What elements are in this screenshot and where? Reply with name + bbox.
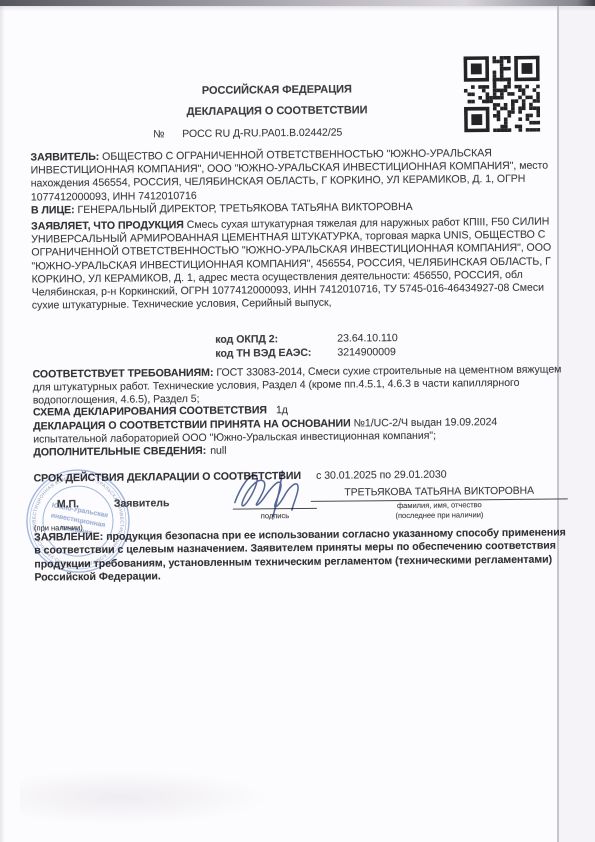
number-sign: № xyxy=(153,128,164,140)
scan-top-fade xyxy=(0,6,595,11)
scheme-value: 1д xyxy=(276,404,288,416)
declaration-number: РОСС RU Д-RU.РА01.В.02442/25 xyxy=(182,127,342,141)
applicant-paragraph: ЗАЯВИТЕЛЬ: ОБЩЕСТВО С ОГРАНИЧЕННОЙ ОТВЕТ… xyxy=(30,146,563,204)
validity-value: с 30.01.2025 по 29.01.2030 xyxy=(316,469,447,482)
scanned-declaration-page: РОССИЙСКАЯ ФЕДЕРАЦИЯ ДЕКЛАРАЦИЯ О СООТВЕ… xyxy=(0,0,595,842)
product-section: ЗАЯВЛЯЕТ, ЧТО ПРОДУКЦИЯ Смесь сухая штук… xyxy=(31,215,565,313)
in-person-text: ГЕНЕРАЛЬНЫЙ ДИРЕКТОР, ТРЕТЬЯКОВА ТАТЬЯНА… xyxy=(77,201,412,216)
company-round-stamp: ЮЖНО-УРАЛЬСКАЯ ИНВЕСТИЦИОННАЯ КОМПАНИЯ •… xyxy=(22,466,133,577)
in-person-label: В ЛИЦЕ: xyxy=(31,204,75,216)
tnved-code-row: код ТН ВЭД ЕАЭС: 3214900009 xyxy=(0,344,594,350)
tnved-value: 3214900009 xyxy=(337,346,396,359)
handwritten-signature xyxy=(226,466,326,519)
applicant-section: ЗАЯВИТЕЛЬ: ОБЩЕСТВО С ОГРАНИЧЕННОЙ ОТВЕТ… xyxy=(30,146,564,217)
okpd-code-row: код ОКПД 2: 23.64.10.110 xyxy=(0,330,594,336)
document-sheet: РОССИЙСКАЯ ФЕДЕРАЦИЯ ДЕКЛАРАЦИЯ О СООТВЕ… xyxy=(0,0,595,842)
signatory-block: ТРЕТЬЯКОВА ТАТЬЯНА ВИКТОРОВНА фамилия, и… xyxy=(311,485,568,520)
stamp-line-3: компания xyxy=(60,524,93,537)
product-label: ЗАЯВЛЯЕТ, ЧТО ПРОДУКЦИЯ xyxy=(31,219,184,232)
okpd-label: код ОКПД 2: xyxy=(215,333,278,346)
additional-label: ДОПОЛНИТЕЛЬНЫЕ СВЕДЕНИЯ: xyxy=(33,445,206,459)
additional-value: null xyxy=(210,445,226,457)
okpd-value: 23.64.10.110 xyxy=(337,332,398,345)
applicant-label: ЗАЯВИТЕЛЬ: xyxy=(30,151,99,164)
tnved-label: код ТН ВЭД ЕАЭС: xyxy=(215,347,311,360)
applicant-text: ОБЩЕСТВО С ОГРАНИЧЕННОЙ ОТВЕТСТВЕННОСТЬЮ… xyxy=(31,147,549,203)
name-caption-2: (последнее при наличии) xyxy=(311,509,568,521)
complies-label: СООТВЕТСТВУЕТ ТРЕБОВАНИЯМ: xyxy=(32,367,213,381)
scheme-label: СХЕМА ДЕКЛАРИРОВАНИЯ СООТВЕТСТВИЯ xyxy=(33,404,267,418)
